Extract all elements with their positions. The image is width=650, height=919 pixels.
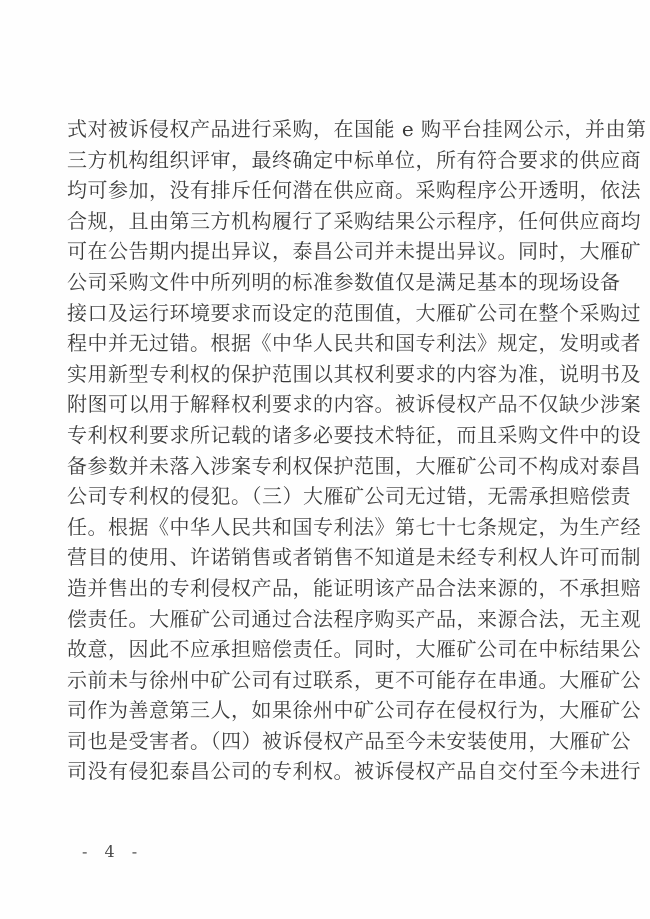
- page-number: - 4 -: [82, 842, 143, 861]
- text-line: 专利权利要求所记载的诸多必要技术特征，而且采购文件中的设: [67, 420, 584, 451]
- text-line: 司没有侵犯泰昌公司的专利权。被诉侵权产品自交付至今未进行: [67, 756, 584, 787]
- text-line: 可在公告期内提出异议，泰昌公司并未提出异议。同时，大雁矿: [67, 236, 584, 267]
- text-line: 营目的使用、许诺销售或者销售不知道是未经专利权人许可而制: [67, 542, 584, 573]
- text-line: 公司采购文件中所列明的标准参数值仅是满足基本的现场设备: [67, 267, 584, 298]
- text-line: 示前未与徐州中矿公司有过联系，更不可能存在串通。大雁矿公: [67, 665, 584, 696]
- text-line: 造并售出的专利侵权产品，能证明该产品合法来源的，不承担赔: [67, 573, 584, 604]
- text-line: 任。根据《中华人民共和国专利法》第七十七条规定，为生产经: [67, 512, 584, 543]
- text-line: 附图可以用于解释权利要求的内容。被诉侵权产品不仅缺少涉案: [67, 389, 584, 420]
- text-line: 司也是受害者。（四）被诉侵权产品至今未安装使用，大雁矿公: [67, 726, 584, 757]
- text-line: 接口及运行环境要求而设定的范围值，大雁矿公司在整个采购过: [67, 298, 584, 329]
- text-line: 合规，且由第三方机构履行了采购结果公示程序，任何供应商均: [67, 206, 584, 237]
- text-line: 式对被诉侵权产品进行采购，在国能 e 购平台挂网公示，并由第: [67, 114, 584, 145]
- text-line: 故意，因此不应承担赔偿责任。同时，大雁矿公司在中标结果公: [67, 634, 584, 665]
- text-line: 实用新型专利权的保护范围以其权利要求的内容为准，说明书及: [67, 359, 584, 390]
- text-line: 司作为善意第三人，如果徐州中矿公司存在侵权行为，大雁矿公: [67, 695, 584, 726]
- document-page: 式对被诉侵权产品进行采购，在国能 e 购平台挂网公示，并由第三方机构组织评审，最…: [0, 0, 650, 919]
- body-text: 式对被诉侵权产品进行采购，在国能 e 购平台挂网公示，并由第三方机构组织评审，最…: [67, 114, 584, 787]
- text-line: 偿责任。大雁矿公司通过合法程序购买产品，来源合法，无主观: [67, 604, 584, 635]
- text-line: 公司专利权的侵犯。（三）大雁矿公司无过错，无需承担赔偿责: [67, 481, 584, 512]
- text-line: 备参数并未落入涉案专利权保护范围，大雁矿公司不构成对泰昌: [67, 451, 584, 482]
- text-line: 均可参加，没有排斥任何潜在供应商。采购程序公开透明，依法: [67, 175, 584, 206]
- text-line: 程中并无过错。根据《中华人民共和国专利法》规定，发明或者: [67, 328, 584, 359]
- text-line: 三方机构组织评审，最终确定中标单位，所有符合要求的供应商: [67, 145, 584, 176]
